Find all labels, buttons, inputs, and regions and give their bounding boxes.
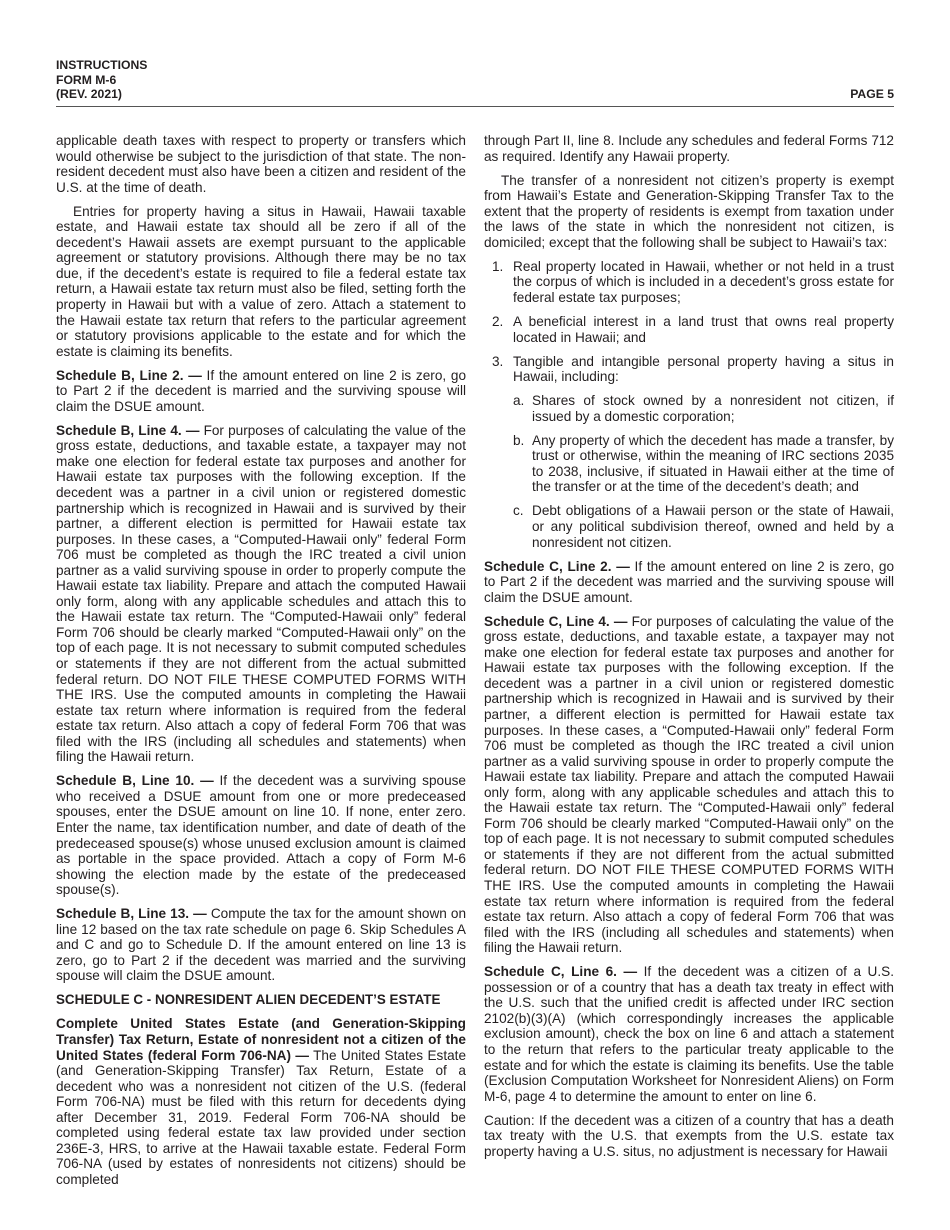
sublist-item: a.Shares of stock owned by a nonresident… — [513, 393, 894, 424]
header-revision: (REV. 2021) — [56, 87, 894, 102]
list-marker: 1. — [492, 259, 503, 275]
section-text: For purposes of calculating the value of… — [56, 423, 466, 764]
section-text: If the decedent was a surviving spouse w… — [56, 773, 466, 897]
section-title: Schedule C, Line 6. — — [484, 964, 637, 979]
sublist-item: b.Any property of which the decedent has… — [513, 433, 894, 495]
list-item: 2.A beneficial interest in a land trust … — [484, 314, 894, 345]
section-text: The United States Estate (and Generation… — [56, 1048, 466, 1187]
paragraph-continued: through Part II, line 8. Include any sch… — [484, 133, 894, 164]
list-item-text: A beneficial interest in a land trust th… — [513, 314, 894, 345]
list-marker: b. — [513, 433, 524, 449]
section-title: Schedule C, Line 4. — — [484, 614, 627, 629]
section-title: Schedule B, Line 2. — — [56, 368, 202, 383]
header-instructions: INSTRUCTIONS — [56, 58, 894, 73]
section-schedule-b-line-4: Schedule B, Line 4. — For purposes of ca… — [56, 423, 466, 765]
list-item-text: Real property located in Hawaii, whether… — [513, 259, 894, 305]
page-number: PAGE 5 — [850, 87, 894, 102]
right-column: through Part II, line 8. Include any sch… — [484, 133, 894, 1168]
section-schedule-b-line-2: Schedule B, Line 2. — If the amount ente… — [56, 368, 466, 415]
paragraph-hawaii-situs-entries: Entries for property having a situs in H… — [56, 204, 466, 359]
section-schedule-b-line-10: Schedule B, Line 10. — If the decedent w… — [56, 773, 466, 897]
page-header: INSTRUCTIONS FORM M-6 (REV. 2021) PAGE 5 — [56, 58, 894, 102]
caution-paragraph: Caution: If the decedent was a citizen o… — [484, 1113, 894, 1160]
taxable-property-list: 1.Real property located in Hawaii, wheth… — [484, 259, 894, 550]
schedule-c-heading: SCHEDULE C - NONRESIDENT ALIEN DECEDENT’… — [56, 992, 466, 1008]
list-marker: 3. — [492, 354, 503, 370]
section-schedule-c-line-2: Schedule C, Line 2. — If the amount ente… — [484, 559, 894, 606]
list-item: 3.Tangible and intangible personal prope… — [484, 354, 894, 551]
list-marker: c. — [513, 503, 524, 519]
section-title: Schedule B, Line 4. — — [56, 423, 199, 438]
list-item-text: Debt obligations of a Hawaii person or t… — [532, 503, 894, 549]
list-item-text: Tangible and intangible personal propert… — [513, 354, 894, 385]
form-identifier: INSTRUCTIONS FORM M-6 (REV. 2021) — [56, 58, 894, 102]
personal-property-sublist: a.Shares of stock owned by a nonresident… — [513, 393, 894, 550]
section-complete-706na: Complete United States Estate (and Gener… — [56, 1016, 466, 1187]
section-schedule-c-line-6: Schedule C, Line 6. — If the decedent wa… — [484, 964, 894, 1104]
list-item-text: Shares of stock owned by a nonresident n… — [532, 393, 894, 424]
section-title: Schedule C, Line 2. — — [484, 559, 630, 574]
header-form-number: FORM M-6 — [56, 73, 894, 88]
paragraph-continued: applicable death taxes with respect to p… — [56, 133, 466, 195]
section-text: For purposes of calculating the value of… — [484, 614, 894, 955]
section-schedule-c-line-4: Schedule C, Line 4. — For purposes of ca… — [484, 614, 894, 956]
list-item-text: Any property of which the decedent has m… — [532, 433, 894, 495]
section-text: If the decedent was a citizen of a U.S. … — [484, 964, 894, 1103]
list-marker: 2. — [492, 314, 503, 330]
list-marker: a. — [513, 393, 524, 409]
section-title: Schedule B, Line 10. — — [56, 773, 214, 788]
paragraph-transfer-exempt: The transfer of a nonresident not citize… — [484, 173, 894, 251]
section-schedule-b-line-13: Schedule B, Line 13. — Compute the tax f… — [56, 906, 466, 984]
sublist-item: c.Debt obligations of a Hawaii person or… — [513, 503, 894, 550]
left-column: applicable death taxes with respect to p… — [56, 133, 466, 1196]
list-item: 1.Real property located in Hawaii, wheth… — [484, 259, 894, 306]
header-divider — [56, 106, 894, 107]
section-title: Schedule B, Line 13. — — [56, 906, 207, 921]
